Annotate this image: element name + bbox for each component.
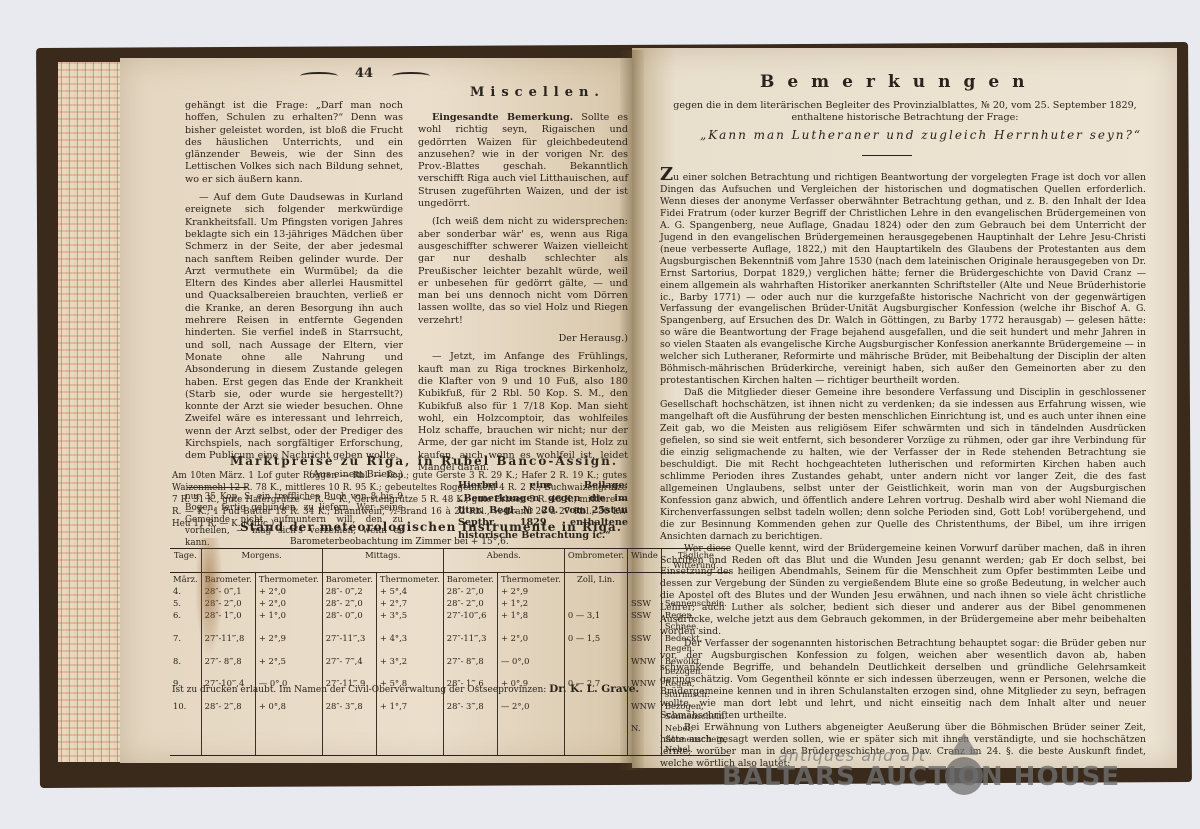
table-cell-ab bbox=[443, 722, 497, 755]
table-row: 4.28″- 0‴,1+ 2°,028″- 0‴,2+ 5°,428″- 2‴,… bbox=[170, 585, 730, 597]
table-cell-at: + 2°,9 bbox=[497, 585, 564, 597]
weather-table-title: Stand der meteorologischen Instrumente i… bbox=[240, 520, 622, 534]
table-row: 7.27″-11‴,8+ 2°,927″-11‴,3+ 4°,327″-11‴,… bbox=[170, 632, 730, 655]
table-cell-ab: 27″-11‴,3 bbox=[443, 632, 497, 655]
table-cell-at: + 1°,2 bbox=[497, 597, 564, 609]
paragraph: Daß die Mitglieder dieser Gemeine ihre b… bbox=[660, 387, 1146, 542]
table-cell-day: 10. bbox=[170, 700, 201, 723]
table-cell-nt: + 4°,3 bbox=[376, 632, 443, 655]
table-cell-at: + 1°,8 bbox=[497, 609, 564, 632]
weather-table: Tage. Morgens. Mittags. Abends. Ombromet… bbox=[170, 548, 730, 756]
table-cell-ab: 28″- 2‴,0 bbox=[443, 597, 497, 609]
table-cell-om bbox=[564, 585, 627, 597]
table-cell-nb: 27″-11‴,3 bbox=[322, 632, 376, 655]
table-cell-wind: N. bbox=[628, 722, 662, 755]
table-cell-mb: 28″- 2‴,8 bbox=[201, 700, 255, 723]
table-cell-day bbox=[170, 722, 201, 755]
ornament-swash-left bbox=[300, 72, 338, 80]
source-caption: Der Herausg.) bbox=[418, 333, 628, 345]
market-prices-title: Marktpreise zu Riga, in Rubel Banco-Assi… bbox=[230, 454, 618, 468]
table-cell-mb: 27″- 8‴,8 bbox=[201, 655, 255, 678]
col-header: Ombrometer. bbox=[564, 549, 627, 573]
table-cell-nt: + 1°,7 bbox=[376, 700, 443, 723]
table-cell-nb bbox=[322, 722, 376, 755]
paragraph: — Auf dem Gute Daudsewas in Kurland erei… bbox=[185, 192, 403, 463]
table-cell-om: 0 — 1,5 bbox=[564, 632, 627, 655]
table-cell-om bbox=[564, 700, 627, 723]
table-cell-wind: WNW bbox=[628, 700, 662, 723]
table-cell-ab: 27″- 8‴,8 bbox=[443, 655, 497, 678]
subheading: Eingesandte Bemerkung. bbox=[432, 112, 573, 123]
table-cell-nt bbox=[376, 722, 443, 755]
table-cell-nb: 28″- 0‴,0 bbox=[322, 609, 376, 632]
table-cell-at: — 0°,0 bbox=[497, 655, 564, 678]
imprint-signature: Dr. K. L. Grave. bbox=[549, 683, 639, 695]
ornament-swash-right bbox=[392, 72, 430, 80]
table-cell-wind: SSW bbox=[628, 597, 662, 609]
table-cell-wind: SSW bbox=[628, 609, 662, 632]
table-row: 10.28″- 2‴,8+ 0°,828″- 3‴,8+ 1°,728″- 3‴… bbox=[170, 700, 730, 723]
table-cell-nt: + 5°,4 bbox=[376, 585, 443, 597]
table-cell-at: + 2°,0 bbox=[497, 632, 564, 655]
col-header: Abends. bbox=[443, 549, 564, 573]
paragraph: Wer diese Quelle kennt, wird der Brüderg… bbox=[660, 543, 1146, 639]
article-body: Zu einer solchen Betrachtung und richtig… bbox=[660, 170, 1146, 770]
section-title: Miscellen. bbox=[470, 85, 605, 100]
table-cell-ab: 27″-10‴,6 bbox=[443, 609, 497, 632]
table-cell-nb: 28″- 3‴,8 bbox=[322, 700, 376, 723]
divider bbox=[862, 155, 912, 156]
imprint-text: Ist zu drucken erlaubt. Im Namen der Civ… bbox=[172, 685, 546, 695]
table-cell-at bbox=[497, 722, 564, 755]
page-number: 44 bbox=[355, 66, 373, 81]
table-row: 6.28″- 1‴,0+ 1°,028″- 0‴,0+ 3°,527″-10‴,… bbox=[170, 609, 730, 632]
subheader: Zoll, Lin. bbox=[564, 572, 627, 585]
paragraph: gehängt ist die Frage: „Darf man noch ho… bbox=[185, 100, 403, 186]
table-cell-ab: 28″- 3‴,8 bbox=[443, 700, 497, 723]
table-row: 5.28″- 2‴,0+ 2°,028″- 2‴,0+ 2°,728″- 2‴,… bbox=[170, 597, 730, 609]
weather-table-subtitle: Barometerbeobachtung im Zimmer bei + 15°… bbox=[290, 537, 509, 547]
table-cell-mt: + 2°,0 bbox=[255, 597, 322, 609]
table-cell-nt: + 2°,7 bbox=[376, 597, 443, 609]
subheader: Thermometer. bbox=[376, 572, 443, 585]
imprint: Ist zu drucken erlaubt. Im Namen der Civ… bbox=[172, 683, 639, 695]
subheader: Barometer. bbox=[443, 572, 497, 585]
drop-cap: Z bbox=[660, 164, 673, 185]
table-cell-wind: SSW bbox=[628, 632, 662, 655]
water-stain bbox=[195, 538, 223, 658]
subheader: Barometer. bbox=[322, 572, 376, 585]
table-cell-om bbox=[564, 597, 627, 609]
paragraph: Sollte es wohl richtig seyn, Rigaischen … bbox=[418, 112, 628, 209]
article-question: „Kann man Lutheraner und zugleich Herrnh… bbox=[700, 128, 1142, 142]
col-header: Winde bbox=[628, 549, 662, 573]
subheader: Thermometer. bbox=[497, 572, 564, 585]
table-cell-day: 8. bbox=[170, 655, 201, 678]
table-cell-nb: 28″- 2‴,0 bbox=[322, 597, 376, 609]
table-cell-nt: + 3°,5 bbox=[376, 609, 443, 632]
table-cell-mt: + 2°,9 bbox=[255, 632, 322, 655]
table-cell-mt: + 1°,0 bbox=[255, 609, 322, 632]
table-cell-om: 0 — 3,1 bbox=[564, 609, 627, 632]
paragraph: u einer solchen Betrachtung und richtige… bbox=[660, 172, 1146, 386]
table-cell-mt: + 0°,8 bbox=[255, 700, 322, 723]
subheader: Thermometer. bbox=[255, 572, 322, 585]
table-cell-nb: 28″- 0‴,2 bbox=[322, 585, 376, 597]
table-cell-wind bbox=[628, 585, 662, 597]
table-cell-at: — 2°,0 bbox=[497, 700, 564, 723]
table-cell-mb bbox=[201, 722, 255, 755]
table-cell-nb: 27″- 7‴,4 bbox=[322, 655, 376, 678]
table-row: 8.27″- 8‴,8+ 2°,527″- 7‴,4+ 3°,227″- 8‴,… bbox=[170, 655, 730, 678]
table-cell-ab: 28″- 2‴,0 bbox=[443, 585, 497, 597]
crown-icon bbox=[950, 733, 978, 755]
table-cell-nt: + 3°,2 bbox=[376, 655, 443, 678]
article-title: Bemerkungen bbox=[760, 72, 1038, 92]
paragraph: Der Verfasser der sogenannten historisch… bbox=[660, 638, 1146, 722]
col-header: Mittags. bbox=[322, 549, 443, 573]
table-cell-mt: + 2°,0 bbox=[255, 585, 322, 597]
table-row: N.Nebel, Sonnenschein, Nebel. bbox=[170, 722, 730, 755]
table-cell-mt: + 2°,5 bbox=[255, 655, 322, 678]
table-cell-wind: WNW bbox=[628, 655, 662, 678]
watermark-name: BALTARS AUCTION HOUSE bbox=[722, 762, 1120, 792]
table-cell-om bbox=[564, 722, 627, 755]
paragraph: (Ich weiß dem nicht zu widersprechen: ab… bbox=[418, 216, 628, 327]
table-cell-mt bbox=[255, 722, 322, 755]
article-subtitle: gegen die in dem literärischen Begleiter… bbox=[665, 100, 1145, 125]
table-cell-om bbox=[564, 655, 627, 678]
